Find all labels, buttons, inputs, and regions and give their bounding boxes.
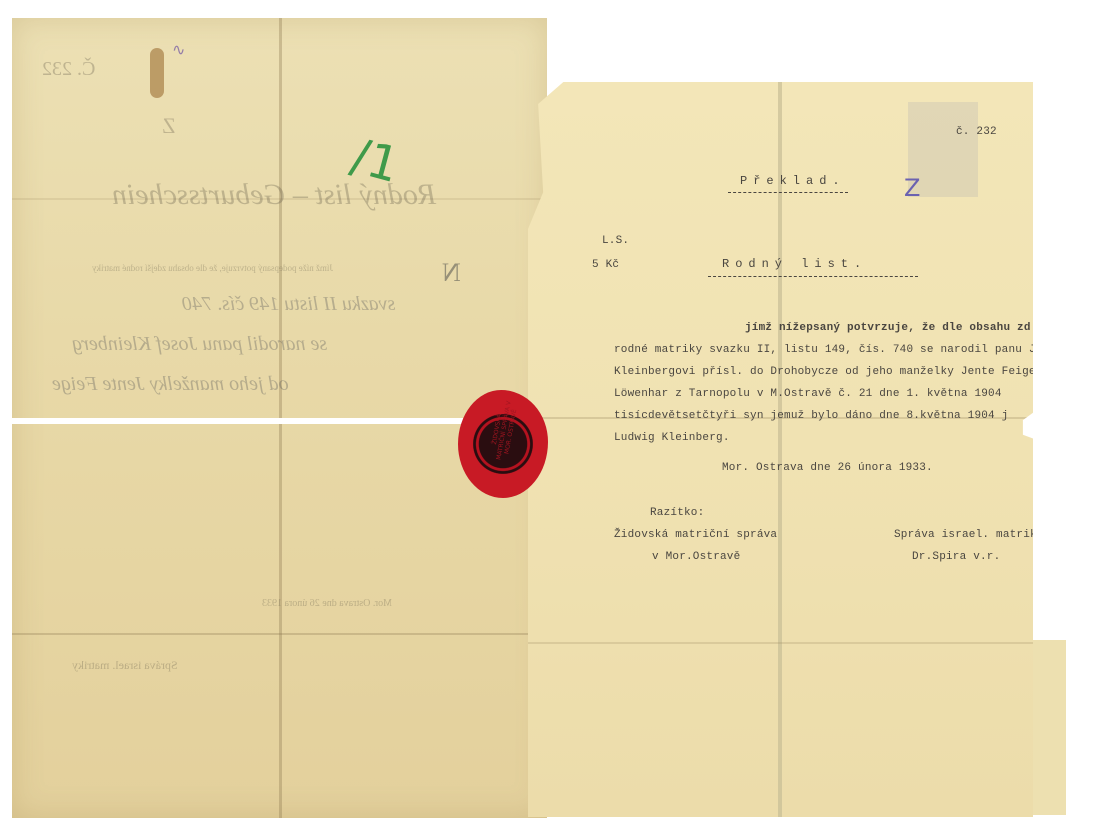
- body-line: Kleinbergovi přísl. do Drohobycze od jeh…: [614, 366, 1036, 378]
- body-line: tisícdevětsetčtyři syn jemuž bylo dáno d…: [614, 410, 1008, 422]
- body-line: Ludwig Kleinberg.: [614, 432, 730, 444]
- ls-label: L.S.: [602, 235, 629, 247]
- stamp-office-line1: Židovská matriční správa: [614, 529, 777, 541]
- mirrored-form-line: Mor. Ostrava dne 26 února 1933: [262, 598, 392, 609]
- mirrored-form-line: Správa israel. matriky: [72, 658, 178, 673]
- title-underline: [708, 276, 918, 277]
- document-number: č. 232: [956, 126, 997, 138]
- body-line: rodné matriky svazku II, listu 149, čís.…: [614, 344, 1042, 356]
- body-line: Löwenhar z Tarnopolu v M.Ostravě č. 21 d…: [614, 388, 1002, 400]
- stamp-office-line2: v Mor.Ostravě: [652, 551, 740, 563]
- stamp-label: Razítko:: [650, 507, 704, 519]
- brown-stain: [150, 48, 164, 98]
- signature-office: Správa israel. matrik: [894, 529, 1037, 541]
- pencil-mark: N: [442, 258, 461, 288]
- mirrored-form-line: Jímž níže podepsaný potvrzuje, že dle ob…: [92, 263, 333, 273]
- translation-sheet: č. 232 Překlad. Z L.S. 5 Kč Rodný list. …: [528, 82, 1033, 817]
- signature-name: Dr.Spira v.r.: [912, 551, 1000, 563]
- heading-underline: [728, 192, 848, 193]
- mirrored-number: Č. 232: [42, 58, 95, 81]
- purple-ink-mark: ∿: [172, 40, 185, 59]
- mirrored-form-line: svazku II listu 149 čís. 740: [182, 293, 395, 316]
- seal-inscription: ŽIDOVSKÁ MATRIČNÍ SPRÁVA V MOR. OSTRAVĚ: [488, 399, 519, 462]
- heading-translation: Překlad.: [740, 174, 846, 188]
- mirrored-form-line: od jeho manželky Jente Feige: [52, 373, 289, 396]
- mirrored-letter: Z: [162, 113, 175, 139]
- document-title: Rodný list.: [722, 257, 867, 271]
- mirrored-form-line: se narodil panu Josef Kleinberg: [72, 333, 327, 356]
- stamp-letter: Z: [904, 174, 920, 202]
- wax-seal: ŽIDOVSKÁ MATRIČNÍ SPRÁVA V MOR. OSTRAVĚ: [458, 390, 548, 498]
- paper-flap: [1030, 640, 1066, 815]
- horizontal-fold: [12, 633, 547, 635]
- place-date: Mor. Ostrava dne 26 února 1933.: [722, 462, 933, 474]
- fee-label: 5 Kč: [592, 259, 619, 271]
- body-line: jímž nížepsaný potvrzuje, že dle obsahu …: [745, 322, 1031, 334]
- body-line-text: jímž nížepsaný potvrzuje, že dle obsahu …: [745, 322, 1031, 334]
- horizontal-fold: [528, 642, 1033, 644]
